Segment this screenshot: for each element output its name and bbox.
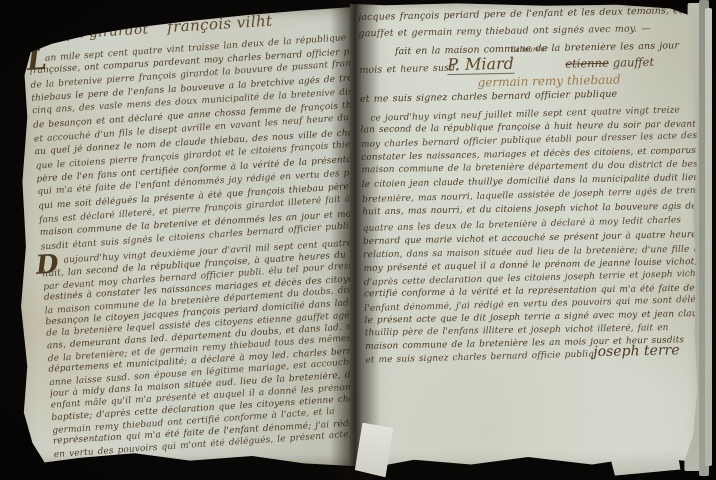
manuscript-line: huit ans, mas nourri, et du citoiens jos… — [362, 201, 706, 217]
register-scan-photo: aux mois et jour susdits et charles bern… — [0, 0, 716, 480]
right-page-text-block: secondes Dr jacques françois periard per… — [358, 0, 702, 5]
left-page: aux mois et jour susdits et charles bern… — [10, 6, 356, 468]
book-page-edge — [705, 8, 712, 466]
signature-joseph-terre: joseph terre — [593, 342, 680, 360]
interlinear-insertion-note: secondes Dr — [586, 0, 630, 7]
signature-p-miard: P. Miard — [447, 54, 514, 75]
signature-name: gauffet — [613, 55, 654, 70]
signature-francois-vilht: françois vilht — [167, 12, 273, 37]
struck-word: etienne — [565, 56, 609, 71]
left-page-text-block: aux mois et jour susdits et charles bern… — [26, 0, 357, 12]
right-page: secondes Dr jacques françois periard per… — [350, 1, 706, 473]
manuscript-line: et me suis signez charles bernard offici… — [365, 349, 595, 365]
manuscript-line: jacques françois periard pere de l'enfan… — [358, 6, 702, 23]
signature-germain-remy-thiebaud: germain remy thiebaud — [478, 73, 621, 90]
signature-note-laboureur: Laboureur — [511, 45, 549, 54]
signature-joseph-girardot: joseph girardot — [37, 21, 149, 44]
manuscript-line: et me suis signez charles bernard offici… — [360, 88, 704, 105]
signature-etienne-gauffet: etiennegauffet — [565, 55, 654, 71]
manuscript-line: gauffet et germain remy thiebaud ont sig… — [359, 23, 703, 39]
